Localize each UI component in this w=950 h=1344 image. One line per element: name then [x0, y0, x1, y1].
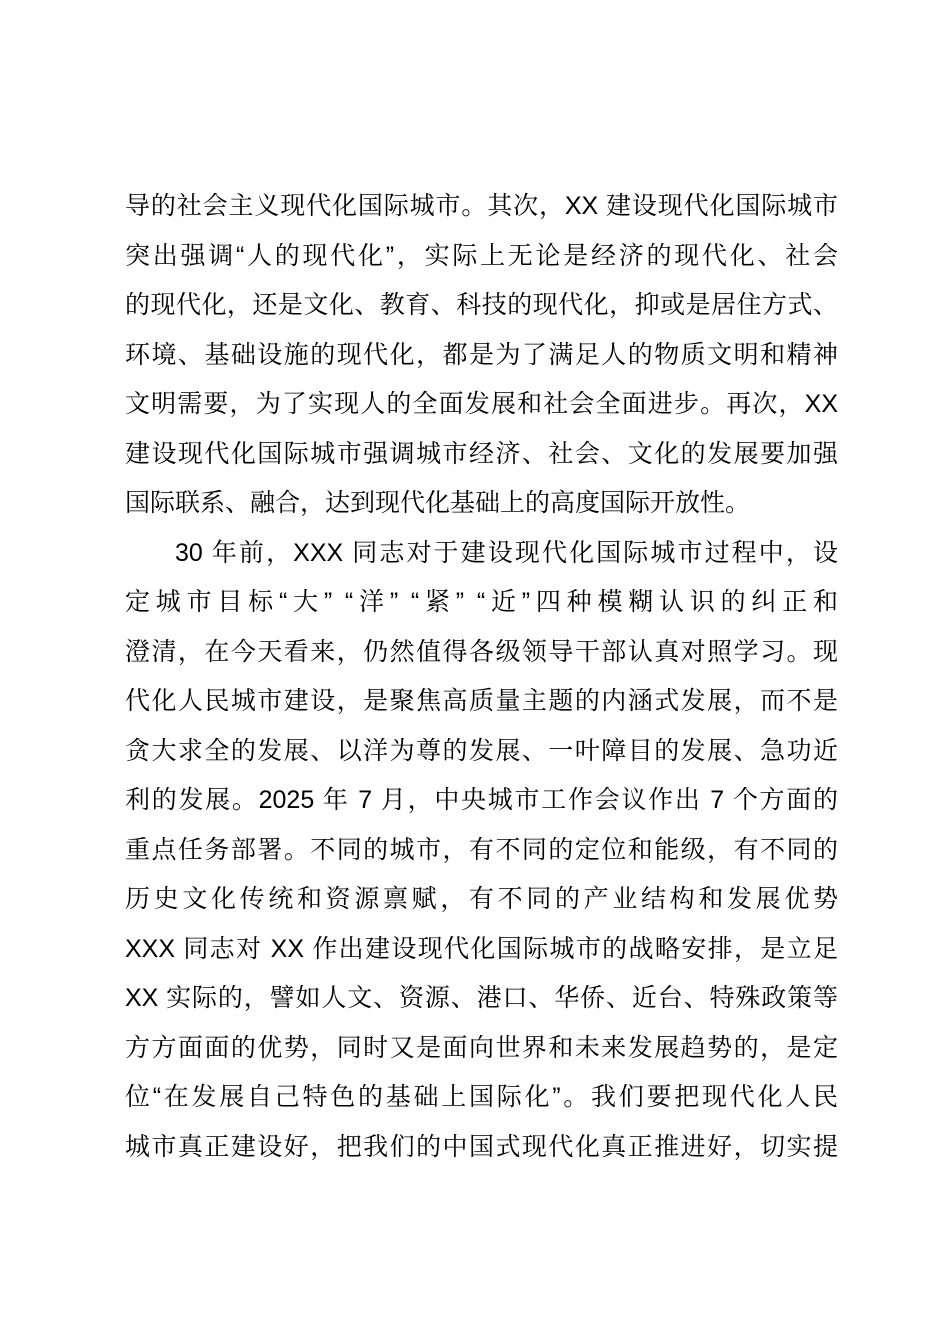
text-line: 突出强调“人的现代化”，实际上无论是经济的现代化、社会	[125, 232, 838, 282]
text-line: XXX 同志对 XX 作出建设现代化国际城市的战略安排，是立足	[125, 925, 838, 975]
text-line: 代化人民城市建设，是聚焦高质量主题的内涵式发展，而不是	[125, 677, 838, 727]
text-line: 方方面面的优势，同时又是面向世界和未来发展趋势的，是定	[125, 1024, 838, 1074]
text-line: 位“在发展自己特色的基础上国际化”。我们要把现代化人民	[125, 1073, 838, 1123]
text-line: 城市真正建设好，把我们的中国式现代化真正推进好，切实提	[125, 1123, 838, 1173]
text-line: 贪大求全的发展、以洋为尊的发展、一叶障目的发展、急功近	[125, 727, 838, 777]
text-line: 定城市目标“大” “洋” “紧” “近”四种模糊认识的纠正和	[125, 578, 838, 628]
text-line: 历史文化传统和资源禀赋，有不同的产业结构和发展优势	[125, 875, 838, 925]
document-page: 导的社会主义现代化国际城市。其次，XX 建设现代化国际城市突出强调“人的现代化”…	[0, 0, 950, 1344]
text-line: 的现代化，还是文化、教育、科技的现代化，抑或是居住方式、	[125, 281, 838, 331]
text-line: 文明需要，为了实现人的全面发展和社会全面进步。再次，XX	[125, 380, 838, 430]
text-line: 建设现代化国际城市强调城市经济、社会、文化的发展要加强	[125, 430, 838, 480]
text-line: 重点任务部署。不同的城市，有不同的定位和能级，有不同的	[125, 826, 838, 876]
text-line: 澄清，在今天看来，仍然值得各级领导干部认真对照学习。现	[125, 628, 838, 678]
text-line: XX 实际的，譬如人文、资源、港口、华侨、近台、特殊政策等	[125, 974, 838, 1024]
text-line: 利的发展。2025 年 7 月，中央城市工作会议作出 7 个方面的	[125, 776, 838, 826]
text-line: 导的社会主义现代化国际城市。其次，XX 建设现代化国际城市	[125, 182, 838, 232]
document-text-block: 导的社会主义现代化国际城市。其次，XX 建设现代化国际城市突出强调“人的现代化”…	[125, 182, 838, 1172]
text-line: 30 年前，XXX 同志对于建设现代化国际城市过程中，设	[125, 529, 838, 579]
text-line: 环境、基础设施的现代化，都是为了满足人的物质文明和精神	[125, 331, 838, 381]
text-line: 国际联系、融合，达到现代化基础上的高度国际开放性。	[125, 479, 838, 529]
